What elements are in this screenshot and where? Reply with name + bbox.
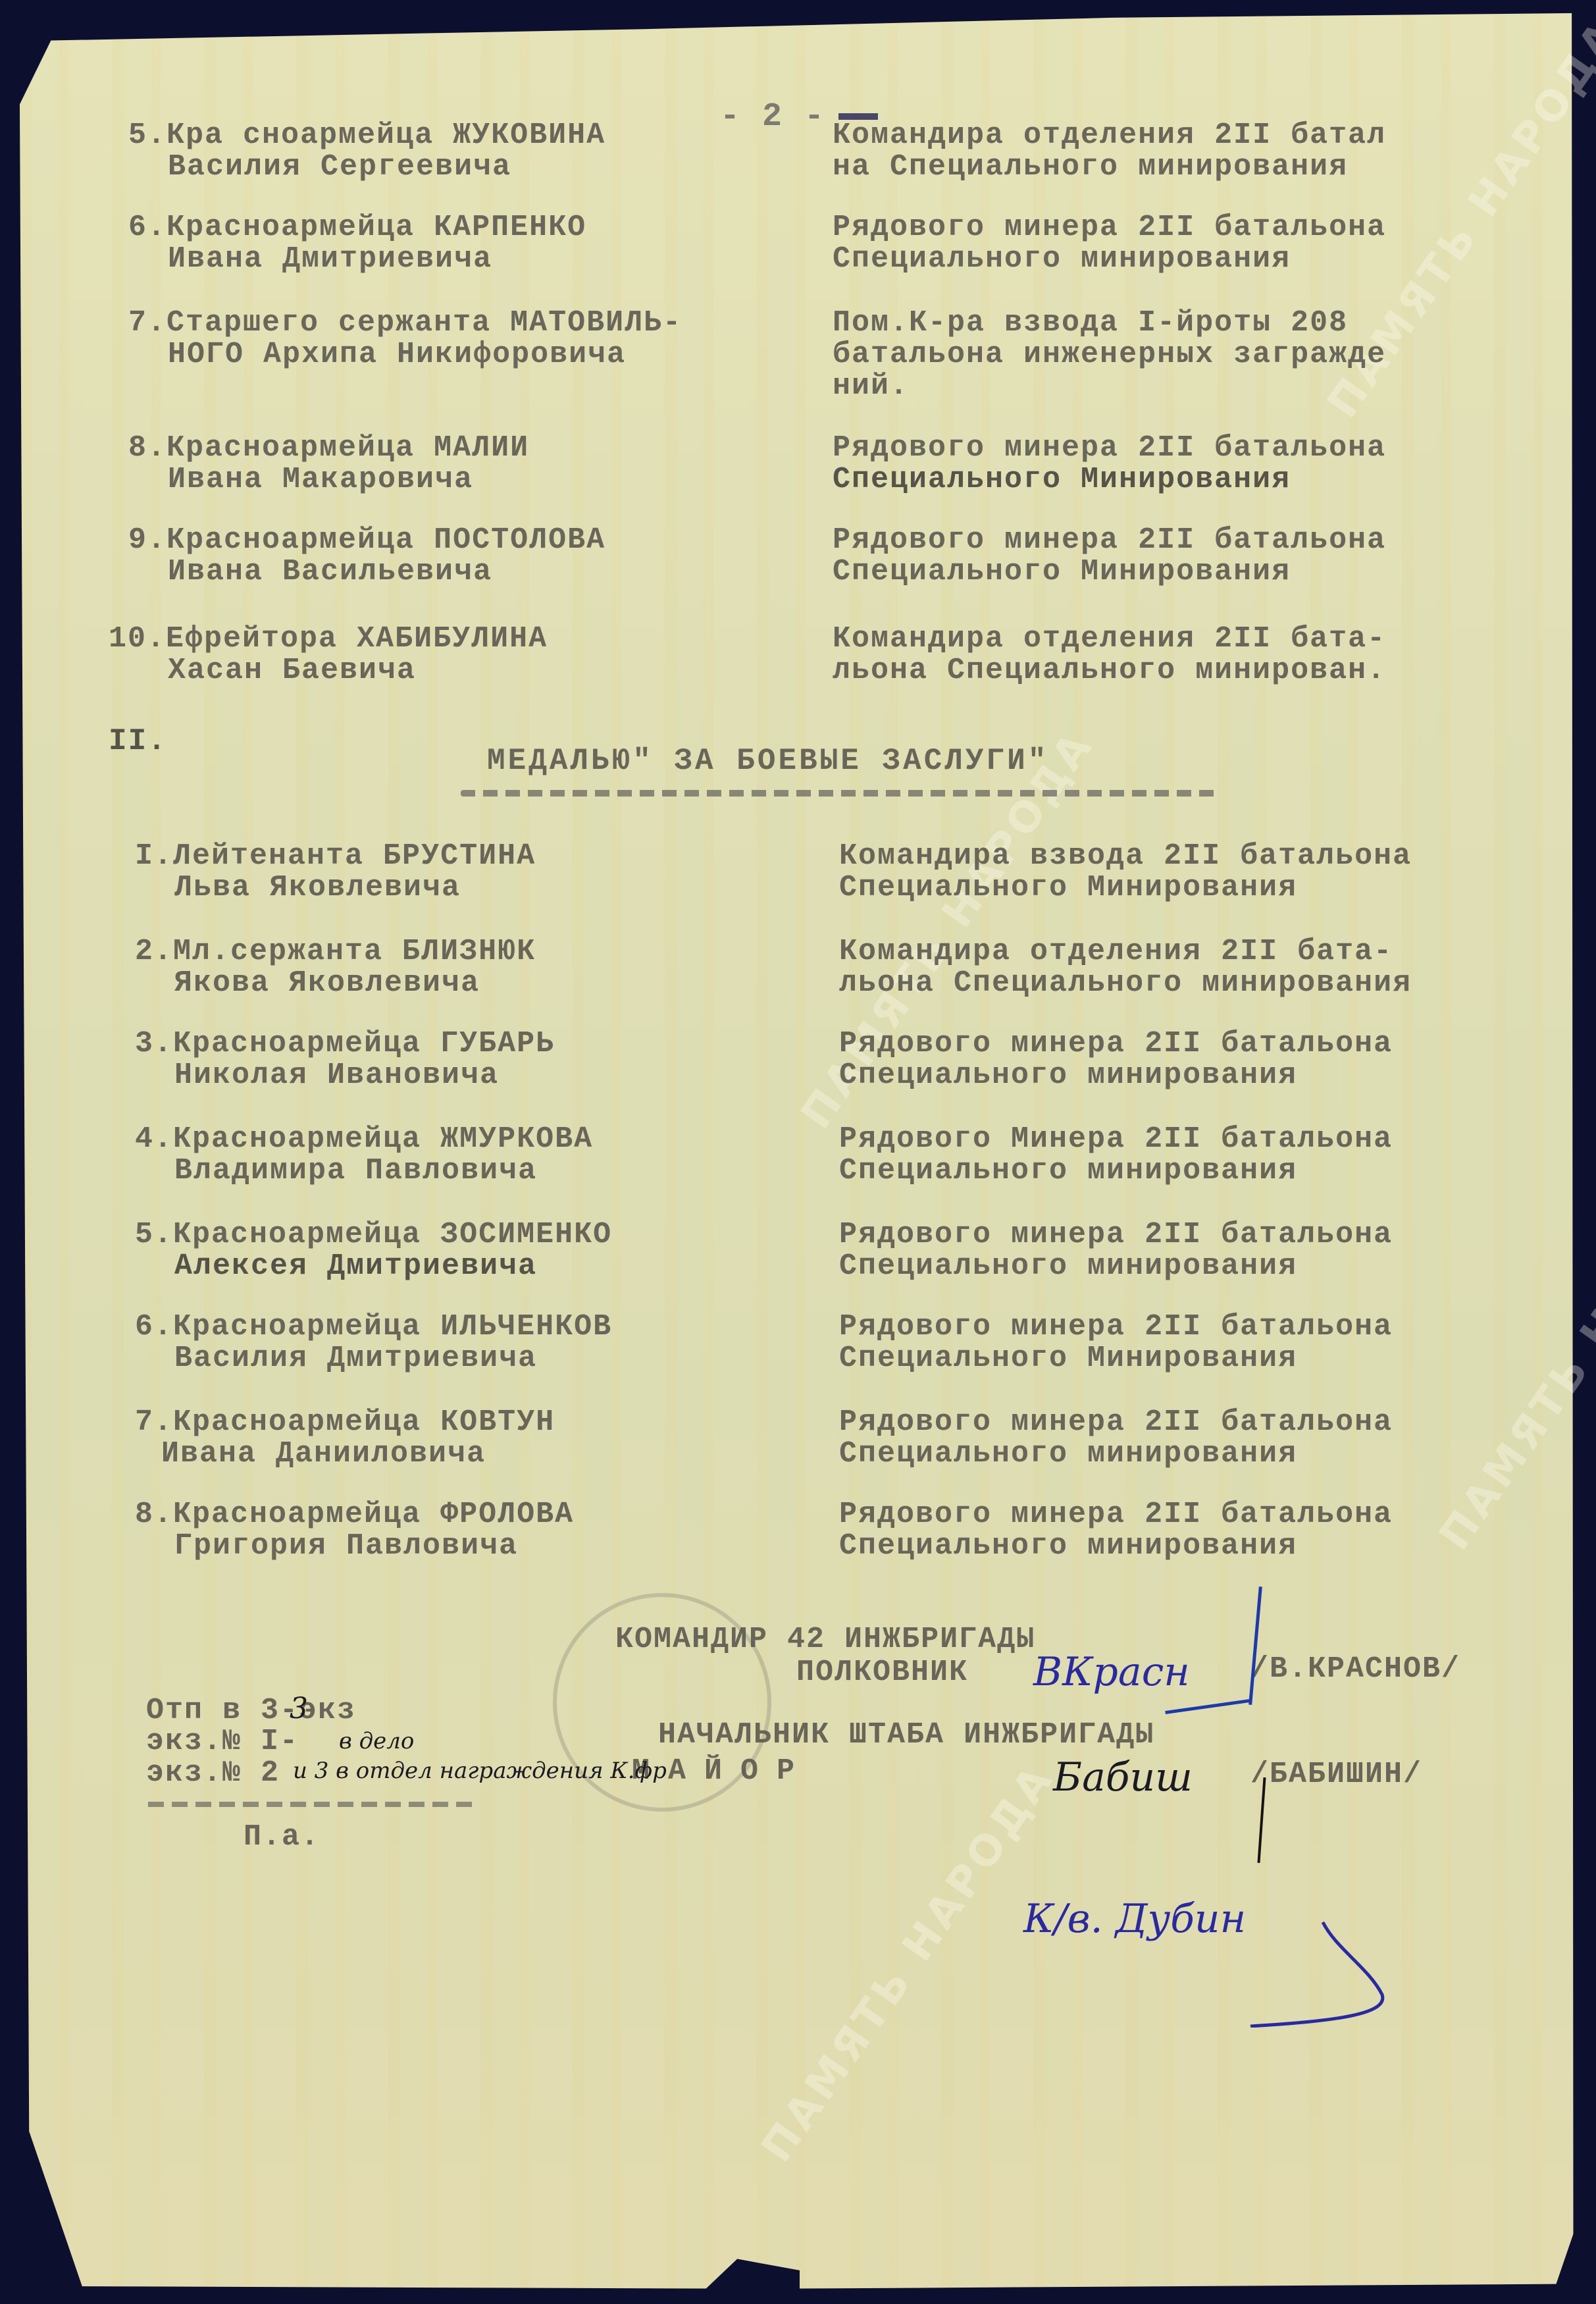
commander-rank: ПОЛКОВНИК — [796, 1656, 968, 1690]
entry-role: на Специального минирования — [833, 150, 1348, 184]
copies-underline — [148, 1802, 477, 1807]
copies-handwritten-note: и 3 в отдел награждения К.фр — [293, 1758, 667, 1784]
commander-signature: ВКрасн — [1033, 1649, 1190, 1695]
entry-name: I.Лейтенанта БРУСТИНА — [135, 839, 536, 874]
typist-initials: П.а. — [244, 1820, 320, 1854]
entry-role: Специального Минирования — [839, 1342, 1297, 1376]
entry-role: Рядового минера 2II батальона — [839, 1027, 1393, 1061]
entry-role: Командира отделения 2II бата- — [839, 935, 1393, 969]
entry-role: Командира отделения 2II бата- — [833, 622, 1386, 656]
entry-role: Командира отделения 2II батал — [833, 118, 1386, 153]
entry-name: 10.Ефрейтора ХАБИБУЛИНА — [109, 622, 548, 656]
section-title: МЕДАЛЬЮ" ЗА БОЕВЫЕ ЗАСЛУГИ" — [487, 744, 1048, 778]
entry-role: Специального минирования — [839, 1249, 1297, 1284]
entry-given-name: Якова Яковлевича — [174, 966, 480, 1001]
entry-role: батальона инженерных загражде — [833, 338, 1386, 372]
entry-role: Командира взвода 2II батальона — [839, 839, 1412, 874]
entry-role: Рядового минера 2II батальона — [833, 523, 1386, 558]
entry-role: Специального минирования — [839, 1529, 1297, 1563]
copies-line: экз.№ 2 — [146, 1756, 280, 1791]
commander-name: /В.КРАСНОВ/ — [1250, 1652, 1460, 1687]
entry-given-name: Владимира Павловича — [174, 1154, 537, 1188]
entry-name: 7.Красноармейца КОВТУН — [135, 1405, 555, 1440]
entry-name: 9.Красноармейца ПОСТОЛОВА — [128, 523, 605, 558]
entry-name: 2.Мл.сержанта БЛИЗНЮК — [135, 935, 536, 969]
page-number-text: - 2 - — [720, 98, 825, 136]
entry-name: 5.Красноармейца ЗОСИМЕНКО — [135, 1218, 612, 1252]
entry-role: Специального Минирования — [833, 463, 1291, 497]
entry-role: Специального Минирования — [839, 871, 1297, 905]
chief-signature: Бабиш — [1053, 1754, 1193, 1800]
entry-role: льона Специального минирования — [839, 966, 1412, 1001]
copies-handwritten-note: в дело — [339, 1728, 414, 1754]
entry-name: 3.Красноармейца ГУБАРЬ — [135, 1027, 555, 1061]
commander-title: КОМАНДИР 42 ИНЖБРИГАДЫ — [615, 1623, 1035, 1657]
entry-name: 5.Кра сноармейца ЖУКОВИНА — [128, 118, 605, 153]
chief-name: /БАБИШИН/ — [1250, 1758, 1422, 1792]
copies-handwritten-number: 3 — [290, 1692, 308, 1725]
note-flourish — [1171, 1909, 1395, 2028]
entry-given-name: Ивана Данииловича — [161, 1437, 486, 1471]
entry-role: Рядового минера 2II батальона — [839, 1498, 1393, 1532]
section-underline — [461, 790, 1218, 797]
entry-name: 8.Красноармейца ФРОЛОВА — [135, 1498, 574, 1532]
entry-role: Рядового Минера 2II батальона — [839, 1122, 1393, 1157]
entry-name: 6.Красноармейца КАРПЕНКО — [128, 211, 586, 245]
entry-given-name: Григория Павловича — [174, 1529, 518, 1563]
entry-role: Специального минирования — [839, 1154, 1297, 1188]
entry-role: Рядового минера 2II батальона — [839, 1218, 1393, 1252]
entry-role: ний. — [833, 369, 909, 404]
entry-role: Рядового минера 2II батальона — [833, 431, 1386, 465]
entry-given-name: Василия Сергеевича — [168, 150, 511, 184]
entry-role: Рядового минера 2II батальона — [839, 1310, 1393, 1344]
entry-role: Специального минирования — [839, 1437, 1297, 1471]
entry-given-name: Ивана Дмитриевича — [168, 242, 492, 276]
entry-name: 7.Старшего сержанта МАТОВИЛЬ- — [128, 306, 682, 340]
entry-given-name: Хасан Баевича — [168, 654, 416, 688]
copies-line: Отп в 3-экз — [146, 1694, 356, 1728]
entry-role: льона Специального минирован. — [833, 654, 1386, 688]
entry-given-name: Ивана Васильевича — [168, 555, 492, 589]
entry-role: Рядового минера 2II батальона — [833, 211, 1386, 245]
entry-given-name: НОГО Архипа Никифоровича — [168, 338, 626, 372]
section-number: II. — [109, 724, 167, 758]
entry-given-name: Николая Ивановича — [174, 1059, 499, 1093]
entry-role: Пом.К-ра взвода I-йроты 208 — [833, 306, 1348, 340]
entry-name: 4.Красноармейца ЖМУРКОВА — [135, 1122, 593, 1157]
entry-role: Рядового минера 2II батальона — [839, 1405, 1393, 1440]
chief-title: НАЧАЛЬНИК ШТАБА ИНЖБРИГАДЫ — [658, 1718, 1154, 1752]
entry-role: Специального минирования — [833, 242, 1291, 276]
entry-role: Специального минирования — [839, 1059, 1297, 1093]
entry-given-name: Алексея Дмитриевича — [174, 1249, 537, 1284]
entry-given-name: Василия Дмитриевича — [174, 1342, 537, 1376]
entry-name: 8.Красноармейца МАЛИИ — [128, 431, 529, 465]
entry-name: 6.Красноармейца ИЛЬЧЕНКОВ — [135, 1310, 612, 1344]
entry-given-name: Ивана Макаровича — [168, 463, 473, 497]
entry-given-name: Льва Яковлевича — [174, 871, 461, 905]
entry-role: Специального Минирования — [833, 555, 1291, 589]
copies-line: экз.№ I- — [146, 1725, 299, 1759]
